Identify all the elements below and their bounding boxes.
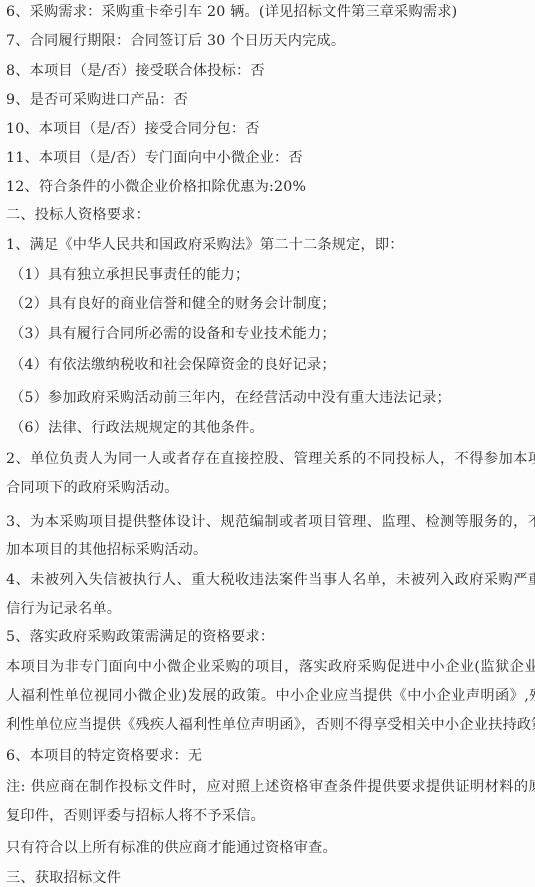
req-3-line-1: 3、为本采购项目提供整体设计、规范编制或者项目管理、监理、检测等服务的，不得再参: [6, 513, 531, 531]
req-3-line-2: 加本项目的其他招标采购活动。: [6, 541, 531, 559]
req-4-line-2: 信行为记录名单。: [6, 600, 531, 618]
req-5-body-line-1: 本项目为非专门面向中小微企业采购的项目，落实政府采购促进中小企业(监狱企业、残疾: [6, 658, 531, 676]
item-8-consortium-bid: 8、本项目（是/否）接受联合体投标：否: [6, 62, 531, 80]
note-line-2: 复印件，否则评委与招标人将不予采信。: [6, 807, 531, 825]
qualification-summary: 只有符合以上所有标准的供应商才能通过资格审查。: [6, 839, 531, 857]
section-3-heading: 三、获取招标文件: [6, 869, 531, 887]
req-1-sub-6: （6）法律、行政法规规定的其他条件。: [10, 419, 531, 437]
req-2-line-2: 合同项下的政府采购活动。: [6, 479, 531, 497]
item-6-procurement-demand: 6、采购需求：采购重卡牵引车 20 辆。(详见招标文件第三章采购需求): [6, 3, 531, 21]
req-2-line-1: 2、单位负责人为同一人或者存在直接控股、管理关系的不同投标人，不得参加本项目同一: [6, 450, 531, 468]
item-12-price-deduction: 12、符合条件的小微企业价格扣除优惠为:20%: [6, 178, 531, 196]
req-1-sub-3: （3）具有履行合同所必需的设备和专业技术能力；: [10, 325, 531, 343]
req-6-specific: 6、本项目的特定资格要求：无: [6, 747, 531, 765]
item-9-imported-products: 9、是否可采购进口产品：否: [6, 91, 531, 109]
req-1-sub-1: （1）具有独立承担民事责任的能力；: [10, 266, 531, 284]
req-5-body-line-2: 人福利性单位视同小微企业)发展的政策。中小企业应当提供《中小企业声明函》,残疾人…: [6, 687, 531, 705]
item-10-subcontracting: 10、本项目（是/否）接受合同分包：否: [6, 120, 531, 138]
section-2-heading: 二、投标人资格要求：: [6, 206, 531, 224]
item-7-contract-period: 7、合同履行期限：合同签订后 30 个日历天内完成。: [6, 32, 531, 50]
req-5-body-line-3: 利性单位应当提供《残疾人福利性单位声明函》，否则不得享受相关中小企业扶持政策。: [6, 716, 531, 734]
scanned-document-page: 6、采购需求：采购重卡牵引车 20 辆。(详见招标文件第三章采购需求) 7、合同…: [0, 0, 535, 887]
req-1-sub-2: （2）具有良好的商业信誉和健全的财务会计制度；: [10, 295, 531, 313]
item-11-sme-oriented: 11、本项目（是/否）专门面向中小微企业：否: [6, 149, 531, 167]
note-line-1: 注: 供应商在制作投标文件时，应对照上述资格审查条件提供要求提供证明材料的原件彩…: [6, 778, 531, 796]
req-4-line-1: 4、未被列入失信被执行人、重大税收违法案件当事人名单，未被列入政府采购严重违法失: [6, 571, 531, 589]
req-1-procurement-law: 1、满足《中华人民共和国政府采购法》第二十二条规定，即：: [6, 236, 531, 254]
req-1-sub-4: （4）有依法缴纳税收和社会保障资金的良好记录；: [10, 356, 531, 374]
req-1-sub-5: （5）参加政府采购活动前三年内，在经营活动中没有重大违法记录；: [10, 389, 531, 407]
req-5-heading: 5、落实政府采购政策需满足的资格要求：: [6, 628, 531, 646]
